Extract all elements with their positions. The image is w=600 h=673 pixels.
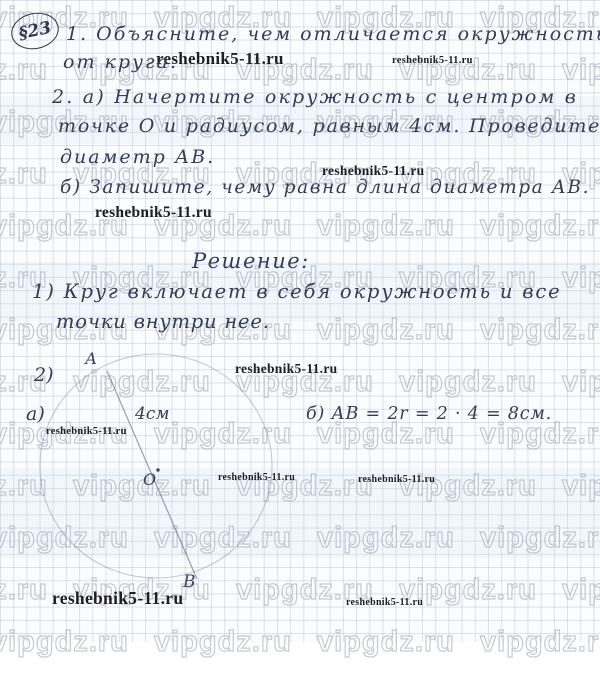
vipgdz-watermark: vipgdz.ru: [480, 210, 600, 243]
vipgdz-watermark: vipgdz.ru: [73, 470, 211, 503]
task-line-5: диаметр АВ.: [60, 147, 215, 168]
vipgdz-watermark: vipgdz.ru: [0, 626, 129, 659]
vipgdz-watermark: vipgdz.ru: [480, 626, 600, 659]
vipgdz-watermark: vipgdz.ru: [154, 418, 292, 451]
vipgdz-watermark: vipgdz.ru: [480, 522, 600, 555]
vipgdz-watermark: vipgdz.ru: [0, 574, 48, 607]
vipgdz-watermark: vipgdz.ru: [480, 314, 600, 347]
reshebnik-watermark: reshebnik5-11.ru: [95, 204, 212, 222]
point-a-label: А: [85, 350, 97, 368]
vipgdz-watermark: vipgdz.ru: [317, 210, 455, 243]
task-line-2: от круга.: [63, 52, 178, 73]
task-line-3: 2. а) Начертите окружность с центром в: [52, 87, 578, 108]
vipgdz-watermark: vipgdz.ru: [0, 522, 129, 555]
center-o-label: О: [143, 471, 156, 489]
vipgdz-watermark: vipgdz.ru: [0, 54, 48, 87]
solution-line-1: 1) Круг включает в себя окружность и все: [32, 281, 561, 302]
reshebnik-watermark: reshebnik5-11.ru: [218, 472, 295, 483]
reshebnik-watermark: reshebnik5-11.ru: [46, 426, 127, 437]
vipgdz-watermark: vipgdz.ru: [562, 262, 600, 295]
vipgdz-watermark: vipgdz.ru: [562, 54, 600, 87]
reshebnik-watermark: reshebnik5-11.ru: [235, 361, 337, 377]
task-line-6: б) Запишите, чему равна длина диаметра А…: [60, 178, 590, 198]
vipgdz-watermark: vipgdz.ru: [73, 366, 211, 399]
vipgdz-watermark: vipgdz.ru: [154, 522, 292, 555]
reshebnik-watermark: reshebnik5-11.ru: [392, 55, 473, 66]
reshebnik-watermark: reshebnik5-11.ru: [52, 588, 183, 609]
reshebnik-watermark: reshebnik5-11.ru: [346, 597, 423, 608]
vipgdz-watermark: vipgdz.ru: [317, 626, 455, 659]
vipgdz-watermark: vipgdz.ru: [562, 366, 600, 399]
notebook-page: vipgdz.ruvipgdz.ruvipgdz.ruvipgdz.ruvipg…: [0, 0, 600, 673]
part2-label: 2): [34, 365, 54, 386]
section-number: §23: [17, 18, 53, 44]
item-b-formula: б) АВ = 2r = 2 · 4 = 8см.: [306, 405, 552, 424]
vipgdz-watermark: vipgdz.ru: [0, 470, 48, 503]
vipgdz-watermark: vipgdz.ru: [154, 626, 292, 659]
item-a-label: а): [26, 404, 45, 425]
task-line-4: точке О и радиусом, равным 4см. Проведит…: [58, 116, 600, 137]
vipgdz-watermark: vipgdz.ru: [0, 158, 48, 191]
vipgdz-watermark: vipgdz.ru: [317, 522, 455, 555]
vipgdz-watermark: vipgdz.ru: [399, 366, 537, 399]
vipgdz-watermark: vipgdz.ru: [562, 574, 600, 607]
reshebnik-watermark: reshebnik5-11.ru: [358, 474, 435, 485]
point-b-label: В: [183, 573, 196, 592]
vipgdz-watermark: vipgdz.ru: [562, 470, 600, 503]
radius-label: 4см: [135, 405, 169, 424]
task-line-1: 1. Объясните, чем отличается окружность: [66, 24, 600, 45]
solution-heading: Решение:: [192, 250, 310, 273]
vipgdz-watermark: vipgdz.ru: [317, 314, 455, 347]
solution-line-2: точки внутри нее.: [56, 311, 270, 332]
